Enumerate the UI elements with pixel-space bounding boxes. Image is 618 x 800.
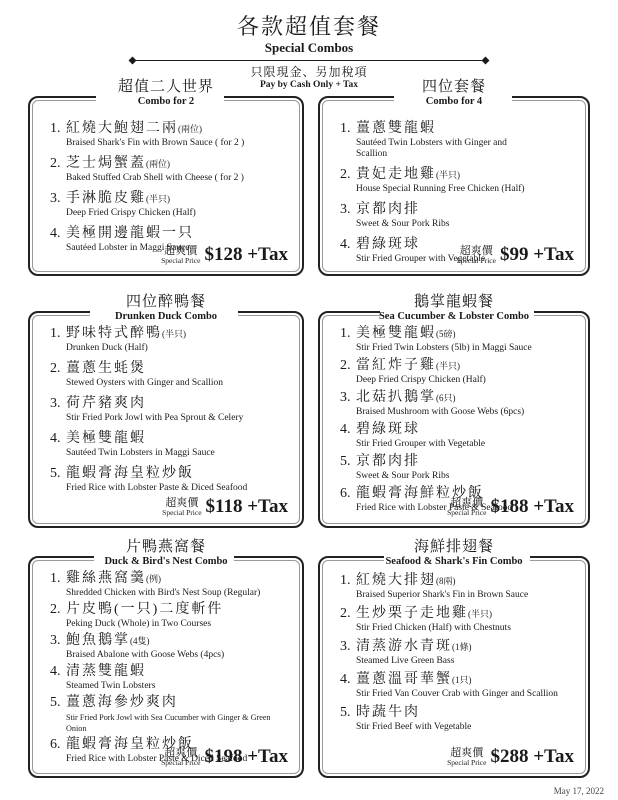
combo-title: 片鴨燕窩餐Duck & Bird's Nest Combo [28, 538, 304, 568]
header-divider [129, 57, 489, 63]
menu-item: 1.雞絲燕窩羹(例)Shredded Chicken with Bird's N… [50, 570, 292, 599]
menu-item: 4.碧綠斑球Stir Fried Grouper with Vegetable [340, 421, 578, 450]
special-price: 超爽價Special Price$128 +Tax [161, 244, 288, 266]
menu-item: 2.芝士焗蟹蓋(兩位)Baked Stuffed Crab Shell with… [50, 155, 292, 184]
special-price: 超爽價Special Price$198 +Tax [161, 746, 288, 768]
combo-title: 超值二人世界Combo for 2 [28, 78, 304, 108]
combo-title: 四位醉鴨餐Drunken Duck Combo [28, 293, 304, 323]
menu-item: 5.龍蝦膏海皇粒炒飯Fried Rice with Lobster Paste … [50, 465, 292, 494]
header-title-en: Special Combos [0, 40, 618, 55]
combo-card-drunken-duck: 1.野味特式醉鴨(半只)Drunken Duck (Half) 2.薑蔥生蚝煲S… [28, 293, 304, 528]
menu-item: 2.薑蔥生蚝煲Stewed Oysters with Ginger and Sc… [50, 360, 292, 389]
combo-card-for-2: 1.紅燒大鮑翅二兩(兩位)Braised Shark's Fin with Br… [28, 78, 304, 276]
menu-date: May 17, 2022 [554, 786, 604, 796]
combo-title: 四位套餐Combo for 4 [318, 78, 590, 108]
menu-item: 3.手淋脆皮雞(半只)Deep Fried Crispy Chicken (Ha… [50, 190, 292, 219]
price-amount: $288 +Tax [490, 746, 574, 768]
header-title-zh: 各款超值套餐 [0, 14, 618, 40]
menu-item: 3.北菇扒鵝掌(6只)Braised Mushroom with Goose W… [340, 389, 578, 418]
menu-item: 2.當紅炸子雞(半只)Deep Fried Crispy Chicken (Ha… [340, 357, 578, 386]
menu-item: 1.紅燒大鮑翅二兩(兩位)Braised Shark's Fin with Br… [50, 120, 292, 149]
combo-card-seafood-sharks-fin: 1.紅燒大排翅(8兩)Braised Superior Shark's Fin … [318, 538, 590, 778]
menu-item: 3.清蒸游水青斑(1條)Steamed Live Green Bass [340, 638, 578, 667]
menu-item: 1.野味特式醉鴨(半只)Drunken Duck (Half) [50, 325, 292, 354]
menu-item: 1.薑蔥雙龍蝦Sautéed Twin Lobsters with Ginger… [340, 120, 578, 160]
menu-item: 2.貴妃走地雞(半只)House Special Running Free Ch… [340, 166, 578, 195]
menu-item: 3.京都肉排Sweet & Sour Pork Ribs [340, 201, 578, 230]
menu-item: 5.薑蔥海參炒爽肉Stir Fried Pork Jowl with Sea C… [50, 694, 292, 734]
menu-item: 5.京都肉排Sweet & Sour Pork Ribs [340, 453, 578, 482]
diamond-icon [482, 57, 490, 65]
menu-item: 1.美極雙龍蝦(5磅)Stir Fried Twin Lobsters (5lb… [340, 325, 578, 354]
combo-title: 鵝掌龍蝦餐Sea Cucumber & Lobster Combo [318, 293, 590, 323]
menu-item: 2.生炒栗子走地雞(半只)Stir Fried Chicken (Half) w… [340, 605, 578, 634]
price-amount: $118 +Tax [206, 496, 288, 518]
combo-card-sea-cucumber-lobster: 1.美極雙龍蝦(5磅)Stir Fried Twin Lobsters (5lb… [318, 293, 590, 528]
menu-item: 4.薑蔥溫哥華蟹(1只)Stir Fried Van Couver Crab w… [340, 671, 578, 700]
menu-item: 1.紅燒大排翅(8兩)Braised Superior Shark's Fin … [340, 572, 578, 601]
menu-item: 2.片皮鴨(一只)二度斬件Peking Duck (Whole) in Two … [50, 601, 292, 630]
special-price: 超爽價Special Price$188 +Tax [447, 496, 574, 518]
price-amount: $198 +Tax [204, 746, 288, 768]
menu-item: 4.美極雙龍蝦Sautéed Twin Lobsters in Maggi Sa… [50, 430, 292, 459]
combo-card-for-4: 1.薑蔥雙龍蝦Sautéed Twin Lobsters with Ginger… [318, 78, 590, 276]
price-amount: $99 +Tax [500, 244, 574, 266]
combo-title: 海鮮排翅餐Seafood & Shark's Fin Combo [318, 538, 590, 568]
special-price: 超爽價Special Price$288 +Tax [447, 746, 574, 768]
price-amount: $128 +Tax [204, 244, 288, 266]
menu-item: 4.清蒸雙龍蝦Steamed Twin Lobsters [50, 663, 292, 692]
price-amount: $188 +Tax [490, 496, 574, 518]
menu-item: 5.時蔬牛肉Stir Fried Beef with Vegetable [340, 704, 578, 733]
menu-item: 3.鮑魚鵝掌(4隻)Braised Abalone with Goose Web… [50, 632, 292, 661]
menu-item: 3.荷芹豬爽肉Stir Fried Pork Jowl with Pea Spr… [50, 395, 292, 424]
combo-card-duck-birds-nest: 1.雞絲燕窩羹(例)Shredded Chicken with Bird's N… [28, 538, 304, 778]
special-price: 超爽價Special Price$118 +Tax [162, 496, 288, 518]
special-price: 超爽價Special Price$99 +Tax [457, 244, 574, 266]
